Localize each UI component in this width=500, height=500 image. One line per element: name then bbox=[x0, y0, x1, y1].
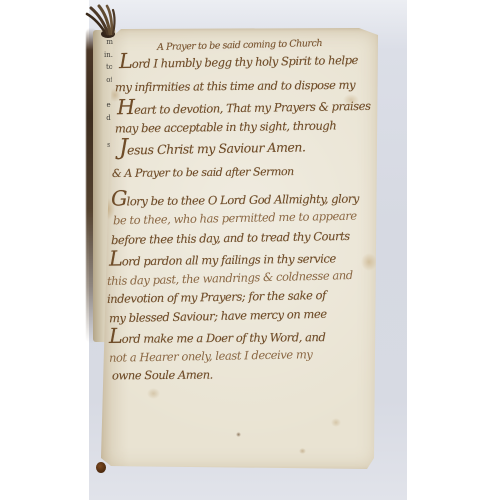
manuscript-line: before thee this day, and to tread thy C… bbox=[111, 228, 350, 249]
photo-canvas: m in. to of e- d, s, l t : A Prayer to b… bbox=[0, 0, 500, 500]
manuscript-line: owne Soule Amen. bbox=[112, 367, 213, 385]
foxing-spot bbox=[331, 418, 341, 427]
foxing-spot bbox=[236, 432, 241, 437]
manuscript-line: Heart to devotion, That my Prayers & pra… bbox=[117, 96, 371, 119]
wormhole-dot bbox=[96, 462, 106, 473]
manuscript-line: my blessed Saviour; have mercy on mee bbox=[109, 306, 327, 328]
manuscript-line: Jesus Christ my Saviour Amen. bbox=[119, 137, 306, 158]
prayer-2-heading: & A Prayer to be said after Sermon bbox=[112, 163, 294, 182]
foxing-spot bbox=[343, 94, 359, 106]
manuscript-line: indevotion of my Prayers; for the sake o… bbox=[107, 287, 326, 308]
bookmark-tuft-icon bbox=[84, 4, 120, 40]
manuscript-line: be to thee, who has permitted me to appe… bbox=[113, 208, 357, 230]
foxing-spot bbox=[147, 388, 160, 399]
manuscript-line: my infirmities at this time and to dispo… bbox=[115, 77, 355, 97]
manuscript-line: may bee acceptable in thy sight, through bbox=[115, 117, 336, 137]
manuscript-line: Glory be to thee O Lord God Allmighty, g… bbox=[111, 188, 359, 210]
manuscript-page: A Prayer to be said coming to Church Lor… bbox=[99, 28, 380, 471]
foxing-spot bbox=[299, 448, 306, 454]
foxing-spot bbox=[361, 253, 377, 271]
manuscript-line: Lord I humbly begg thy holy Spirit to he… bbox=[119, 50, 358, 73]
manuscript-line: Lord make me a Doer of thy Word, and bbox=[109, 327, 326, 348]
manuscript-line: not a Hearer onely, least I deceive my bbox=[109, 346, 313, 367]
